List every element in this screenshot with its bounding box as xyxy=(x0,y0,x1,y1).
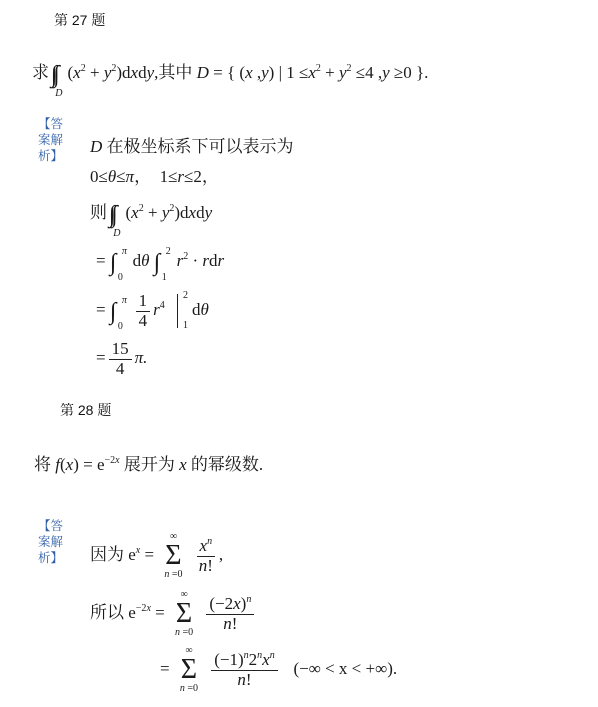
problem-28-question: 将 f(x) = e−2x 展开为 x 的幂级数. xyxy=(34,450,263,475)
answer-28-line-3: = ∞Σn =0 (−1)n2nxnn! (−∞ < x < +∞). xyxy=(160,646,397,694)
answer-label-28: 【答案解析】 xyxy=(38,518,72,566)
answer-27-line-4: = ∫π0 dθ ∫21 r2 · rdr xyxy=(96,250,224,277)
problem-27-title: 第 27 题 xyxy=(54,10,105,30)
question-prefix: 求 xyxy=(32,63,49,82)
answer-27-line-3: 则 ∫∫D (x2 + y2)dxdy xyxy=(90,198,212,227)
answer-27-result: =154π. xyxy=(96,340,147,378)
answer-27-line-5: = ∫π0 14r4 21dθ xyxy=(96,292,209,330)
convergence-range: (−∞ < x < +∞). xyxy=(293,659,397,678)
problem-27-question: 求 ∫∫D (x2 + y2)dxdy,其中 D = { (x ,y) | 1 … xyxy=(32,58,428,87)
answer-label-27: 【答案解析】 xyxy=(38,116,72,164)
answer-28-line-1: 因为 ex = ∞Σn =0 xnn!, xyxy=(90,532,223,580)
answer-27-line-2: 0≤θ≤π， 1≤r≤2， xyxy=(90,162,219,187)
problem-28-title: 第 28 题 xyxy=(60,400,111,420)
answer-27-line-1: D 在极坐标系下可以表示为 xyxy=(90,132,294,157)
answer-28-line-2: 所以 e−2x = ∞Σn =0 (−2x)nn! xyxy=(90,590,257,638)
